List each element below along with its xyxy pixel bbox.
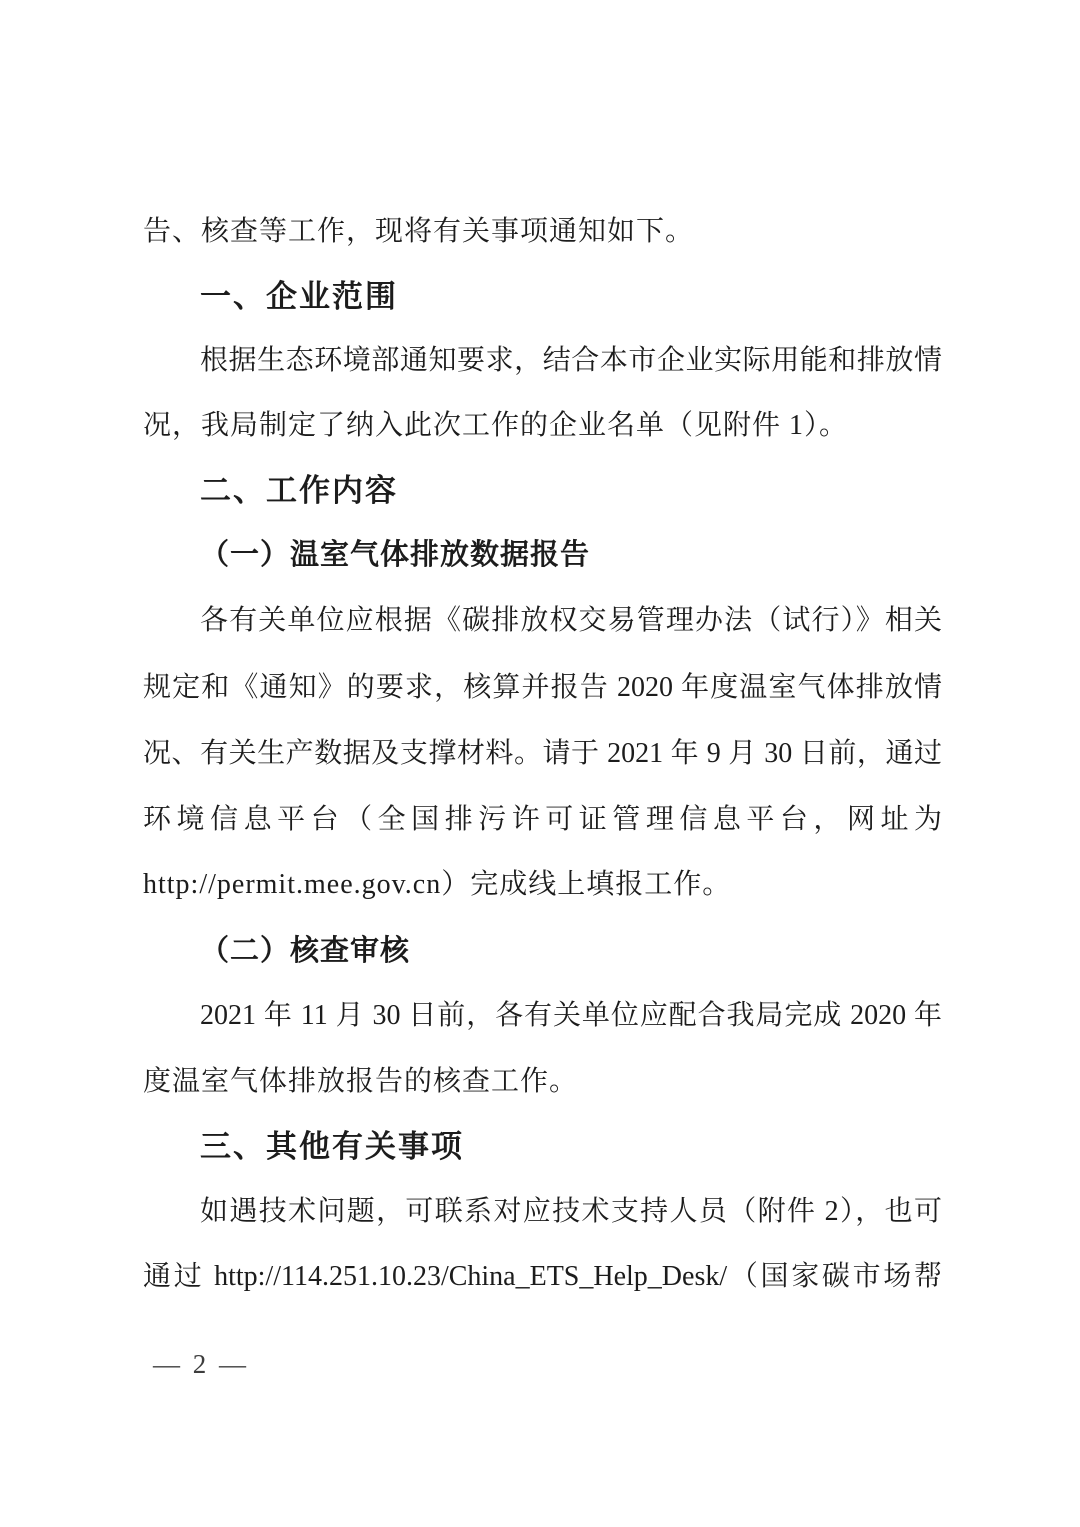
heading-section-1-enterprise-scope: 一、企业范围 <box>200 278 398 315</box>
para-ghg-report-line-5-permit-url: http://permit.mee.gov.cn）完成线上填报工作。 <box>143 868 731 902</box>
heading-subsection-1-ghg-data-report: （一）温室气体排放数据报告 <box>200 538 590 573</box>
heading-section-3-other-matters: 三、其他有关事项 <box>200 1128 464 1165</box>
document-page: 告、核查等工作，现将有关事项通知如下。 一、企业范围 根据生态环境部通知要求，结… <box>0 0 1080 1527</box>
page-number: — 2 — <box>153 1349 249 1380</box>
para-other-matters-line-2-helpdesk-url: 通过 http://114.251.10.23/China_ETS_Help_D… <box>143 1260 942 1294</box>
para-verification-line-1: 2021 年 11 月 30 日前，各有关单位应配合我局完成 2020 年 <box>200 999 942 1033</box>
para-verification-line-2: 度温室气体排放报告的核查工作。 <box>143 1065 578 1099</box>
para-enterprise-scope-line-1: 根据生态环境部通知要求，结合本市企业实际用能和排放情 <box>200 344 942 378</box>
para-other-matters-line-1: 如遇技术问题，可联系对应技术支持人员（附件 2），也可 <box>200 1195 942 1229</box>
para-ghg-report-line-1: 各有关单位应根据《碳排放权交易管理办法（试行）》相关 <box>200 604 942 638</box>
heading-subsection-2-verification-review: （二）核查审核 <box>200 934 410 969</box>
para-ghg-report-line-2: 规定和《通知》的要求，核算并报告 2020 年度温室气体排放情 <box>143 671 942 705</box>
para-ghg-report-line-4: 环境信息平台（全国排污许可证管理信息平台，网址为 <box>143 803 942 837</box>
heading-section-2-work-content: 二、工作内容 <box>200 472 398 509</box>
para-intro-continuation-line: 告、核查等工作，现将有关事项通知如下。 <box>143 215 694 249</box>
para-ghg-report-line-3: 况、有关生产数据及支撑材料。请于 2021 年 9 月 30 日前，通过 <box>143 737 942 771</box>
para-enterprise-scope-line-2: 况，我局制定了纳入此次工作的企业名单（见附件 1）。 <box>143 409 848 443</box>
